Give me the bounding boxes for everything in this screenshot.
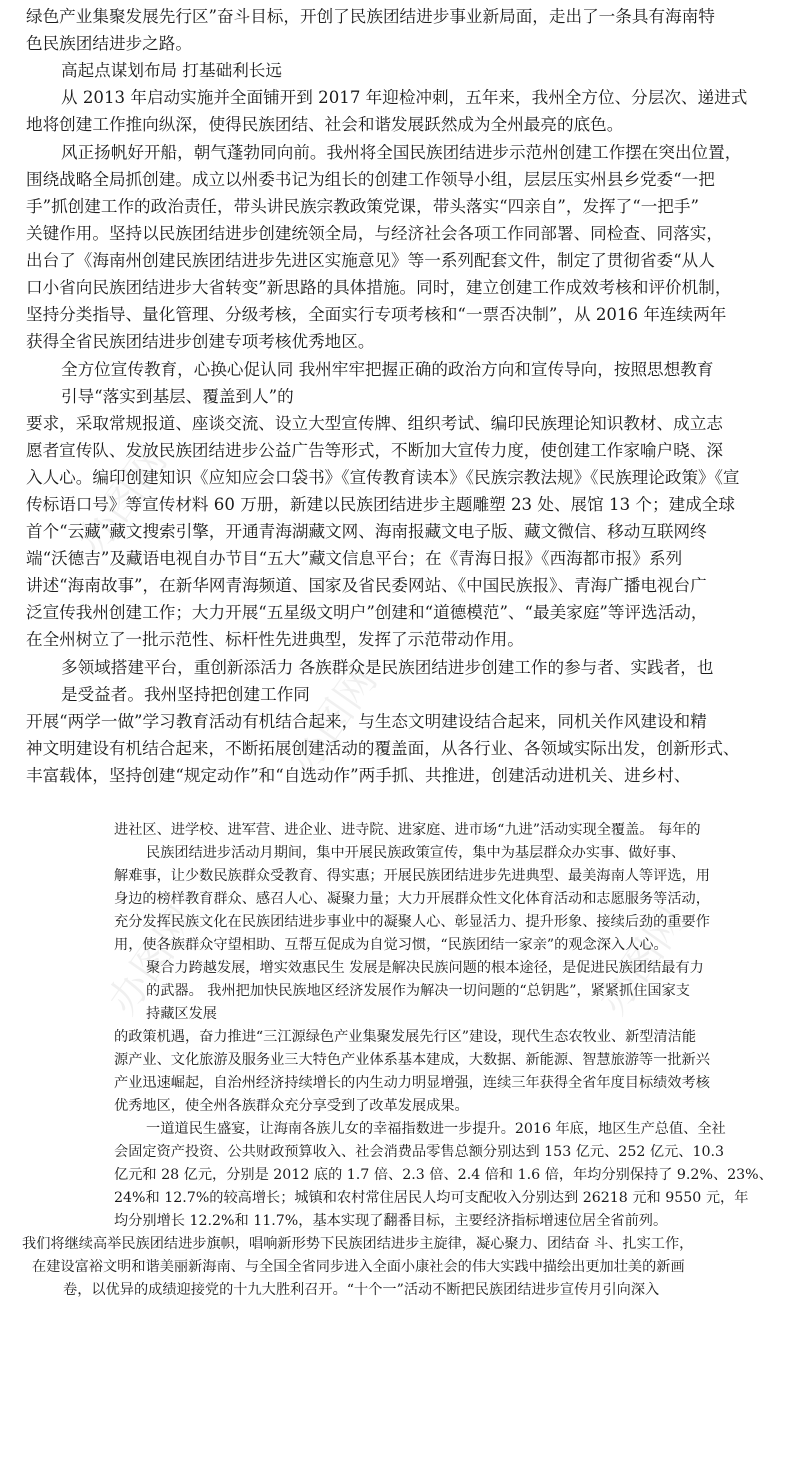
paragraph-line: 神文明建设有机结合起来，不断拓展创建活动的覆盖面，从各行业、各领域实际出发，创新… <box>26 741 740 758</box>
paragraph-line: 关键作用。坚持以民族团结进步创建统领全局，与经济社会各项工作同部署、同检查、同落… <box>26 226 723 243</box>
paragraph-line: 持藏区发展 <box>146 1007 217 1021</box>
paragraph-line: 在建设富裕文明和谐美丽新海南、与全国全省同步进入全面小康社会的伟大实践中描绘出更… <box>32 1260 685 1274</box>
paragraph-line: 入人心。编印创建知识《应知应会口袋书》《宣传教育读本》《民族宗教法规》《民族理论… <box>26 470 740 487</box>
watermark: 办图网 <box>582 893 698 1024</box>
paragraph-line: 开展“两学一做”学习教育活动有机结合起来，与生态文明建设结合起来，同机关作风建设… <box>26 714 707 731</box>
paragraph-line: 获得全省民族团结进步创建专项考核优秀地区。 <box>26 334 374 351</box>
paragraph-line: 全方位宣传教育，心换心促认同 我州牢牢把握正确的政治方向和宣传导向，按照思想教育 <box>61 362 713 379</box>
paragraph-line: 多领域搭建平台，重创新添活力 各族群众是民族团结进步创建工作的参与者、实践者，也 <box>61 660 713 677</box>
paragraph-line: 口小省向民族团结进步大省转变”新思路的具体措施。同时，建立创建工作成效考核和评价… <box>26 280 731 297</box>
paragraph-line: 进社区、进学校、进军营、进企业、进寺院、进家庭、进市场“九进”活动实现全覆盖。 … <box>114 823 701 837</box>
paragraph-line: 解难事，让少数民族群众受教育、得实惠；开展民族团结进步先进典型、最美海南人等评选… <box>114 869 710 883</box>
paragraph-line: 首个“云藏”藏文搜索引擎，开通青海湖藏文网、海南报藏文电子版、藏文微信、移动互联… <box>26 524 707 541</box>
paragraph-line: 一道道民生盛宴，让海南各族儿女的幸福指数进一步提升。2016 年底，地区生产总值… <box>146 1122 726 1136</box>
paragraph-line: 围绕战略全局抓创建。成立以州委书记为组长的创建工作领导小组，层层压实州县乡党委“… <box>26 172 715 189</box>
paragraph-line: 是受益者。我州坚持把创建工作同 <box>61 687 310 704</box>
paragraph-line: 优秀地区，使全州各族群众充分享受到了改革发展成果。 <box>114 1099 469 1113</box>
paragraph-line: 会固定资产投资、公共财政预算收入、社会消费品零售总额分别达到 153 亿元、25… <box>114 1145 724 1159</box>
paragraph-line: 24%和 12.7%的较高增长；城镇和农村常住居民人均可支配收入分别达到 262… <box>114 1191 748 1205</box>
paragraph-line: 在全州树立了一批示范性、标杆性先进典型，发挥了示范带动作用。 <box>26 632 524 649</box>
paragraph-line: 身边的榜样教育群众、感召人心、凝聚力量；大力开展群众性文化体育活动和志愿服务等活… <box>114 892 710 906</box>
paragraph-line: 出台了《海南州创建民族团结进步先进区实施意见》等一系列配套文件，制定了贯彻省委“… <box>26 253 715 270</box>
paragraph-line: 充分发挥民族文化在民族团结进步事业中的凝聚人心、彰显活力、提升形象、接续后劲的重… <box>114 915 710 929</box>
paragraph-line: 卷，以优异的成绩迎接党的十九大胜利召开。“十个一”活动不断把民族团结进步宣传月引… <box>63 1283 659 1297</box>
paragraph-line: 手”抓创建工作的政治责任，带头讲民族宗教政策党课，带头落实“四亲自”，发挥了“一… <box>26 199 699 216</box>
paragraph-line: 风正扬帆好开船，朝气蓬勃同向前。我州将全国民族团结进步示范州创建工作摆在突出位置… <box>61 145 741 162</box>
paragraph-line: 引导“落实到基层、覆盖到人”的 <box>61 389 294 406</box>
paragraph-line: 的武器。 我州把加快民族地区经济发展作为解决一切问题的“总钥匙”，紧紧抓住国家支 <box>146 984 690 998</box>
paragraph-line: 民族团结进步活动月期间，集中开展民族政策宣传，集中为基层群众办实事、做好事、 <box>146 846 685 860</box>
paragraph-line: 均分别增长 12.2%和 11.7%，基本实现了翻番目标，主要经济指标增速位居全… <box>114 1214 667 1228</box>
paragraph-line: 泛宣传我州创建工作；大力开展“五星级文明户”创建和“道德模范”、“最美家庭”等评… <box>26 605 707 622</box>
paragraph-line: 要求，采取常规报道、座谈交流、设立大型宣传牌、组织考试、编印民族理论知识教材、成… <box>26 416 723 433</box>
paragraph-line: 地将创建工作推向纵深，使得民族团结、社会和谐发展跃然成为全州最亮的底色。 <box>26 117 623 134</box>
section-heading: 高起点谋划布局 打基础利长远 <box>61 63 282 80</box>
paragraph-line: 的政策机遇，奋力推进“三江源绿色产业集聚发展先行区”建设，现代生态农牧业、新型清… <box>114 1030 696 1044</box>
paragraph-line: 聚合力跨越发展，增实效惠民生 发展是解决民族问题的根本途径，是促进民族团结最有力 <box>146 961 704 975</box>
paragraph-line: 传标语口号》等宣传材料 60 万册，新建以民族团结进步主题雕塑 23 处、展馆 … <box>26 497 735 514</box>
paragraph-line: 色民族团结进步之路。 <box>26 36 192 53</box>
paragraph-line: 亿元和 28 亿元，分别是 2012 底的 1.7 倍、2.3 倍、2.4 倍和… <box>114 1168 773 1182</box>
paragraph-line: 从 2013 年启动实施并全面铺开到 2017 年迎检冲刺，五年来，我州全方位、… <box>61 90 747 107</box>
paragraph-line: 愿者宣传队、发放民族团结进步公益广告等形式，不断加大宣传力度，使创建工作家喻户晓… <box>26 443 723 460</box>
paragraph-line: 讲述“海南故事”，在新华网青海频道、国家及省民委网站、《中国民族报》、青海广播电… <box>26 578 707 595</box>
paragraph-line: 丰富载体，坚持创建“规定动作”和“自选动作”两手抓、共推进，创建活动进机关、进乡… <box>26 768 691 785</box>
paragraph-line: 我们将继续高举民族团结进步旗帜，唱响新形势下民族团结进步主旋律，凝心聚力、团结奋… <box>22 1237 693 1251</box>
paragraph-line: 用，使各族群众守望相助、互帮互促成为自觉习惯，“民族团结一家亲”的观念深入人心。 <box>114 938 668 952</box>
watermark: 办图网 <box>92 893 208 1024</box>
paragraph-line: 产业迅速崛起，自治州经济持续增长的内生动力明显增强，连续三年获得全省年度目标绩效… <box>114 1076 710 1090</box>
paragraph-line: 端“沃德吉”及藏语电视自办节目“五大”藏文信息平台；在《青海日报》《西海都市报》… <box>26 551 682 568</box>
paragraph-line: 源产业、文化旅游及服务业三大特色产业体系基本建成，大数据、新能源、智慧旅游等一批… <box>114 1053 710 1067</box>
paragraph-line: 绿色产业集聚发展先行区”奋斗目标，开创了民族团结进步事业新局面，走出了一条具有海… <box>26 9 715 26</box>
paragraph-line: 坚持分类指导、量化管理、分级考核，全面实行专项考核和“一票否决制”，从 2016… <box>26 307 726 324</box>
